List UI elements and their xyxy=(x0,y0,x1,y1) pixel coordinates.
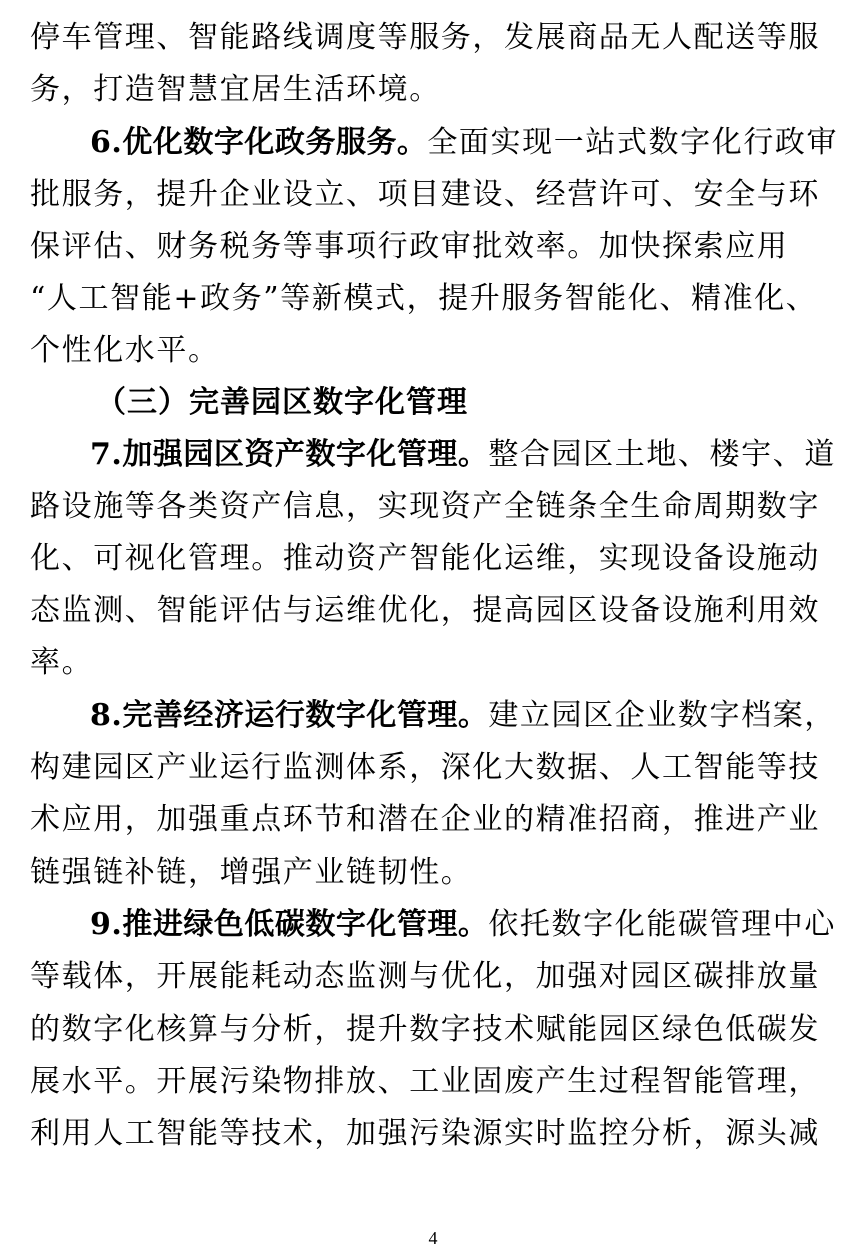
document-page: 停车管理、智能路线调度等服务，发展商品无人配送等服 务，打造智慧宜居生活环境。 … xyxy=(0,0,866,1258)
item-9-text: 依托数字化能碳管理中心 xyxy=(488,907,836,942)
paragraph-line: 务，打造智慧宜居生活环境。 xyxy=(30,70,840,110)
paragraph-line: 停车管理、智能路线调度等服务，发展商品无人配送等服 xyxy=(30,18,840,58)
page-number: 4 xyxy=(0,1226,866,1250)
item-9-first-line: 9.推进绿色低碳数字化管理。依托数字化能碳管理中心 xyxy=(90,905,866,945)
paragraph-line: 术应用，加强重点环节和潜在企业的精准招商，推进产业 xyxy=(30,800,840,840)
item-6-text: 全面实现一站式数字化行政审 xyxy=(427,125,838,160)
paragraph-line: 率。 xyxy=(30,643,840,683)
paragraph-line: 态监测、智能评估与运维优化，提高园区设备设施利用效 xyxy=(30,591,840,631)
item-9-title: 9.推进绿色低碳数字化管理。 xyxy=(90,907,488,942)
paragraph-line: 保评估、财务税务等事项行政审批效率。加快探索应用 xyxy=(30,227,840,267)
paragraph-line: 链强链补链，增强产业链韧性。 xyxy=(30,853,840,893)
paragraph-line: 等载体，开展能耗动态监测与优化，加强对园区碳排放量 xyxy=(30,957,840,997)
paragraph-line: 构建园区产业运行监测体系，深化大数据、人工智能等技 xyxy=(30,748,840,788)
item-7-first-line: 7.加强园区资产数字化管理。整合园区土地、楼宇、道 xyxy=(90,435,866,475)
paragraph-line: “人工智能+政务”等新模式，提升服务智能化、精准化、 xyxy=(30,279,840,319)
paragraph-line: 利用人工智能等技术，加强污染源实时监控分析，源头减 xyxy=(30,1114,840,1154)
paragraph-line: 个性化水平。 xyxy=(30,331,840,371)
item-8-title: 8.完善经济运行数字化管理。 xyxy=(90,698,488,733)
item-8-first-line: 8.完善经济运行数字化管理。建立园区企业数字档案， xyxy=(90,696,866,736)
item-8-text: 建立园区企业数字档案， xyxy=(488,698,836,733)
item-6-title: 6.优化数字化政务服务。 xyxy=(90,125,427,160)
paragraph-line: 展水平。开展污染物排放、工业固废产生过程智能管理， xyxy=(30,1062,840,1102)
item-6-first-line: 6.优化数字化政务服务。全面实现一站式数字化行政审 xyxy=(90,123,866,163)
paragraph-line: 路设施等各类资产信息，实现资产全链条全生命周期数字 xyxy=(30,487,840,527)
section-heading: （三）完善园区数字化管理 xyxy=(96,383,866,423)
item-7-text: 整合园区土地、楼宇、道 xyxy=(488,437,836,472)
item-7-title: 7.加强园区资产数字化管理。 xyxy=(90,437,488,472)
paragraph-line: 批服务，提升企业设立、项目建设、经营许可、安全与环 xyxy=(30,175,840,215)
paragraph-line: 的数字化核算与分析，提升数字技术赋能园区绿色低碳发 xyxy=(30,1010,840,1050)
paragraph-line: 化、可视化管理。推动资产智能化运维，实现设备设施动 xyxy=(30,539,840,579)
